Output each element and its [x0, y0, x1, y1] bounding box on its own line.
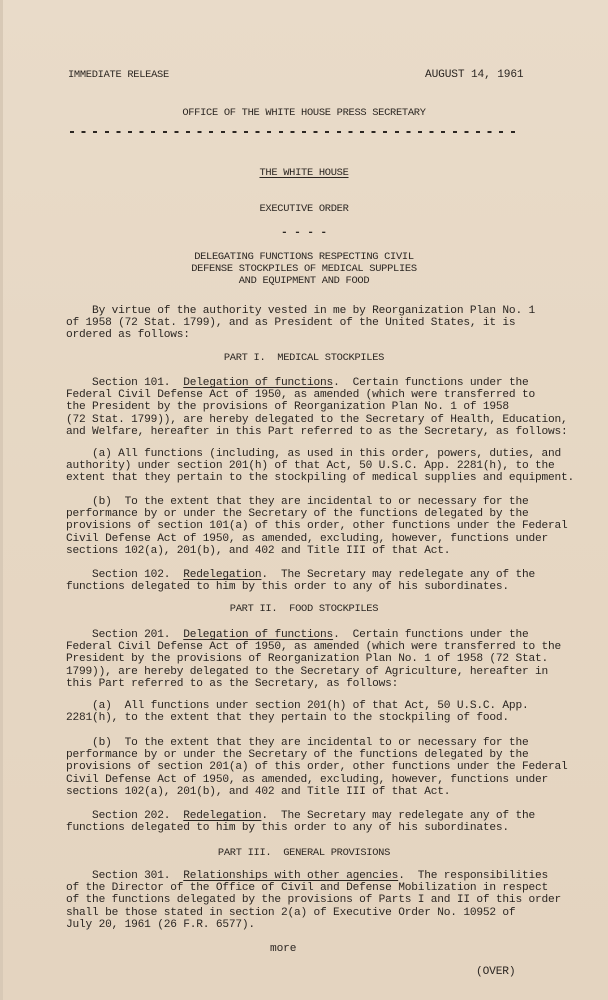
- title-separator: - - - -: [0, 227, 608, 239]
- section-title: Redelegation: [183, 569, 261, 581]
- part-3-heading: PART III. GENERAL PROVISIONS: [0, 847, 608, 859]
- release-date: AUGUST 14, 1961: [425, 69, 523, 81]
- section-201-paragraph: Section 201. Delegation of functions. Ce…: [66, 629, 546, 690]
- title-line-2: DEFENSE STOCKPILES OF MEDICAL SUPPLIES: [0, 263, 608, 275]
- text-line: July 20, 1961 (26 F.R. 6577).: [66, 919, 546, 931]
- text-line: 2281(h), to the extent that they pertain…: [66, 712, 546, 724]
- preamble-paragraph: By virtue of the authority vested in me …: [66, 305, 546, 342]
- more-indicator: more: [270, 943, 296, 955]
- section-title: Relationships with other agencies: [183, 870, 398, 882]
- text-line: (a) All functions (including, as used in…: [66, 448, 546, 460]
- text-line: authority) under section 201(h) of that …: [66, 460, 546, 472]
- text-line: 1799)), are hereby delegated to the Secr…: [66, 666, 546, 678]
- text-line: (b) To the extent that they are incident…: [66, 737, 546, 749]
- section-301-paragraph: Section 301. Relationships with other ag…: [66, 870, 546, 931]
- part-2-heading: PART II. FOOD STOCKPILES: [0, 603, 608, 615]
- text-line: extent that they pertain to the stockpil…: [66, 472, 546, 484]
- section-201b-paragraph: (b) To the extent that they are incident…: [66, 737, 546, 798]
- text-line: performance by or under the Secretary of…: [66, 749, 546, 761]
- over-indicator: (OVER): [476, 966, 515, 978]
- office-heading: OFFICE OF THE WHITE HOUSE PRESS SECRETAR…: [0, 107, 608, 119]
- text-line: (72 Stat. 1799)), are hereby delegated t…: [66, 414, 546, 426]
- title-line-1: DELEGATING FUNCTIONS RESPECTING CIVIL: [0, 251, 608, 263]
- white-house-heading: THE WHITE HOUSE: [0, 167, 608, 179]
- text-line: Civil Defense Act of 1950, as amended, e…: [66, 533, 546, 545]
- text-line: President by the provisions of Reorganiz…: [66, 653, 546, 665]
- text-line: ordered as follows:: [66, 329, 546, 341]
- section-201a-paragraph: (a) All functions under section 201(h) o…: [66, 700, 546, 724]
- text-line: of the Director of the Office of Civil a…: [66, 882, 546, 894]
- text-line: sections 102(a), 201(b), and 402 and Tit…: [66, 545, 546, 557]
- text-line: Federal Civil Defense Act of 1950, as am…: [66, 389, 546, 401]
- text-line: functions delegated to him by this order…: [66, 581, 546, 593]
- text-line: (b) To the extent that they are incident…: [66, 496, 546, 508]
- section-101a-paragraph: (a) All functions (including, as used in…: [66, 448, 546, 485]
- document-type: EXECUTIVE ORDER: [0, 203, 608, 215]
- text-line: provisions of section 101(a) of this ord…: [66, 520, 546, 532]
- title-line-3: AND EQUIPMENT AND FOOD: [0, 275, 608, 287]
- text-line: By virtue of the authority vested in me …: [66, 305, 546, 317]
- section-title: Redelegation: [183, 810, 261, 822]
- text-line: this Part referred to as the Secretary, …: [66, 678, 546, 690]
- text-line: and Welfare, hereafter in this Part refe…: [66, 426, 546, 438]
- text-line: shall be those stated in section 2(a) of…: [66, 907, 546, 919]
- section-title: Delegation of functions: [183, 377, 333, 389]
- text-line: Federal Civil Defense Act of 1950, as am…: [66, 641, 546, 653]
- text-line: sections 102(a), 201(b), and 402 and Tit…: [66, 786, 546, 798]
- dashed-separator: [70, 131, 520, 133]
- text-line: functions delegated to him by this order…: [66, 822, 546, 834]
- section-101-paragraph: Section 101. Delegation of functions. Ce…: [66, 377, 546, 438]
- text-line: provisions of section 201(a) of this ord…: [66, 761, 546, 773]
- text-line: of 1958 (72 Stat. 1799), and as Presiden…: [66, 317, 546, 329]
- part-1-heading: PART I. MEDICAL STOCKPILES: [0, 352, 608, 364]
- release-label: IMMEDIATE RELEASE: [68, 69, 169, 81]
- text-line: the President by the provisions of Reorg…: [66, 401, 546, 413]
- section-title: Delegation of functions: [183, 629, 333, 641]
- text-line: Civil Defense Act of 1950, as amended, e…: [66, 774, 546, 786]
- section-102-paragraph: Section 102. Redelegation. The Secretary…: [66, 569, 546, 593]
- text-line: (a) All functions under section 201(h) o…: [66, 700, 546, 712]
- section-101b-paragraph: (b) To the extent that they are incident…: [66, 496, 546, 557]
- document-page: IMMEDIATE RELEASE AUGUST 14, 1961 OFFICE…: [0, 0, 608, 1000]
- text-line: of the functions delegated by the provis…: [66, 894, 546, 906]
- text-line: performance by or under the Secretary of…: [66, 508, 546, 520]
- section-202-paragraph: Section 202. Redelegation. The Secretary…: [66, 810, 546, 834]
